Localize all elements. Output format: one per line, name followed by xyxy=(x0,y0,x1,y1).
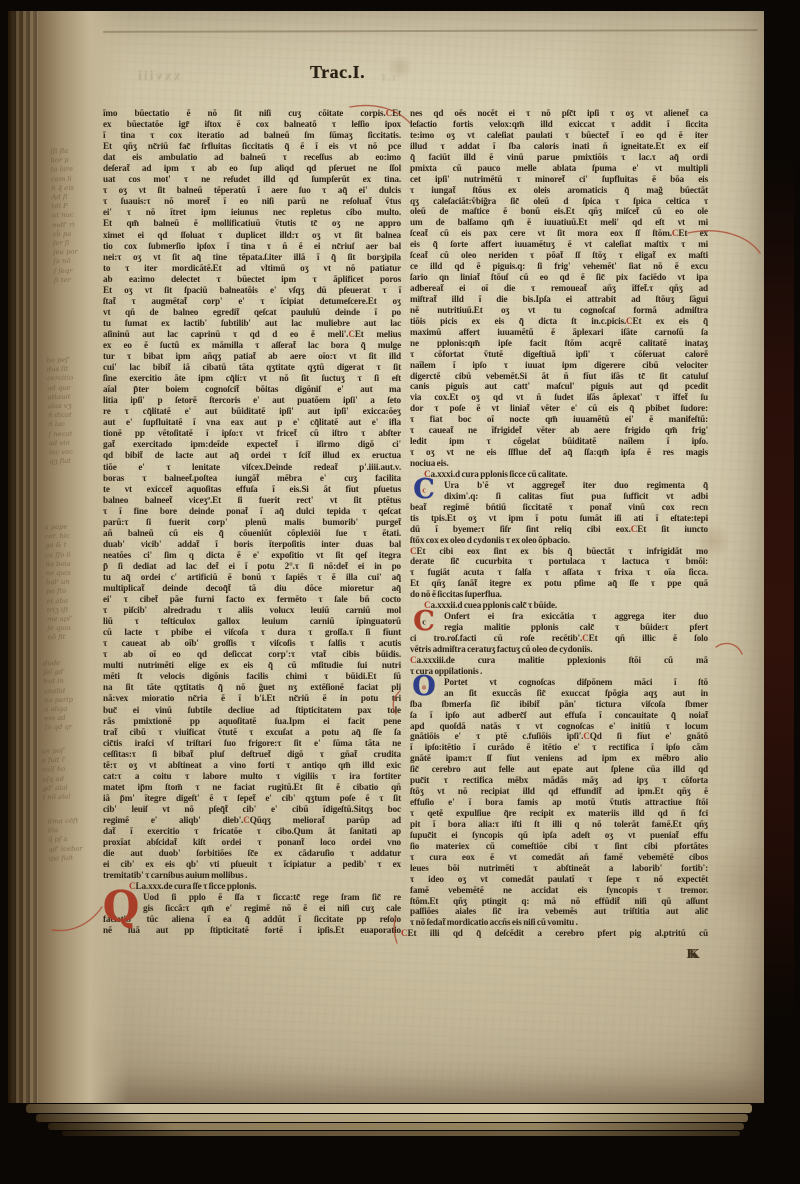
text-line: ſa ĩ ipſo aut adberc̃ſ aut effuſa ĩ conc… xyxy=(410,710,708,721)
text-line: ei' τ nõ ĩtret ipm ieiunus nec repletus … xyxy=(103,207,401,218)
text-line: τ cõfortat ṽtutẽ digeſtiuã ipſi' τ cõſer… xyxy=(410,349,708,360)
text-line: ei' τ cibet̃ pãe furni facto ex fermẽto … xyxy=(103,594,401,605)
text-line: regimẽ e' aliqb' dieb'.CQũqʒ meliorat̃ p… xyxy=(103,815,401,826)
text-line: aĩal p̃ter boiem cognoſcit̃ bõitas digõn… xyxy=(103,384,401,395)
text-line: leſactio fortis velox:qm̃ illd exiccat τ… xyxy=(410,119,708,130)
text-line: uat cos mot' τ ne reſudet illd qd ſumpſe… xyxy=(103,174,401,185)
text-line: ſario qn liniat̃ ſtõuſ cũ eo qd ẽ ſic̃ p… xyxy=(410,272,708,283)
text-line: mẽti ſt velocis digõnis facilis chimi τ … xyxy=(103,671,401,682)
text-line: tis tpis.Et oʒ vt ipm ĩ potu ſumãt iſi a… xyxy=(410,513,708,524)
text-line: τ cura oppilationis . xyxy=(410,666,708,677)
text-line: nei:τ oʒ vt ſit aq̃ tine tẽpata.ſ.iter i… xyxy=(103,252,401,263)
text-line: paſſiões aiales ſic̃ ira vebemẽs aut tri… xyxy=(410,906,708,917)
text-line: Et oʒ vt ſit ſpaciũ balneatõis e' vſqʒ d… xyxy=(103,285,401,296)
text-line: maximũ affert iuuamẽtũ ẽ ãplexari iſãte … xyxy=(410,327,708,338)
text-line: dat̃ ĩ exercitio τ fricatõe τ cibo.Qum ã… xyxy=(103,826,401,837)
fore-edge-shadow xyxy=(764,150,794,1030)
quire-signature: K xyxy=(689,947,700,963)
text-line: τ ĩ fine bore deinde ponat̃ ĩ aq̃ dulci … xyxy=(103,506,401,517)
text-line: proxĩat abſcidat̃ kiſt ordei τ ponant̃ l… xyxy=(103,837,401,848)
text-line: gat̃ exercitado ipm:deĩde expectet̃ ĩ iſ… xyxy=(103,439,401,450)
text-line: ſba ſbmerſa ſic̃ ibibit̃ pãn' tictura vi… xyxy=(410,699,708,710)
page-edge-stack xyxy=(26,1104,752,1113)
text-line: tionẽ pp vẽtoſitatẽ ĩ ipſo:τ vt fricet̃ … xyxy=(103,428,401,439)
text-line: puc̃it τ rectifica mẽbx mãdãs mãʒ ad ipʒ… xyxy=(410,775,708,786)
red-flourish xyxy=(716,643,742,654)
text-line: te vt exiccet̃ aquoſitas effuſa ĩ eis.Si… xyxy=(103,484,401,495)
text-line: ſtõʒ vt nõ recipiat illd qd effundit̃ ad… xyxy=(410,786,708,797)
text-line: ſic̃ cerebro aut felle aut epate aut ſpl… xyxy=(410,764,708,775)
rubric-paragraph-mark: C xyxy=(582,633,589,643)
marginalia-note: dude ſel gd' hut in analid no parip a al… xyxy=(43,659,74,733)
book-page: xxviii t.ſ Trac.I. ĩmo bũectatio ẽ nõ ſi… xyxy=(8,11,764,1103)
ink-showthrough: xxviii xyxy=(136,69,181,85)
text-line: multiplicat̃ deinde decoq̃t̃ tã diu dõce… xyxy=(103,583,401,594)
text-line: ex bũectatõe igr̃ iſtox ẽ cox balneatõ τ… xyxy=(103,119,401,130)
text-line: tu ſumat ex lactib' ſubtilib' aut lac mu… xyxy=(103,318,401,329)
text-line: boras τ balneet̃.poſtea iungãt̃ mẽbra e'… xyxy=(103,473,401,484)
page-edge-stack xyxy=(36,1114,748,1122)
text-line: cib' leuiſ vt nõ pſeq̃t̃ cib' e' cibũ ĩd… xyxy=(103,804,401,815)
text-line: deſerat̃ ad ipm τ ab eo ſup aliqd qd pſe… xyxy=(103,163,401,174)
text-line: τ cura eox ẽ vt comedãt añ famẽ vebemẽtẽ… xyxy=(410,852,708,863)
rubric-paragraph-mark: C xyxy=(583,731,590,741)
text-line: parũ:τ ſi fuerit corp' plenũ malis bumor… xyxy=(103,517,401,528)
text-line: beat̃ regimẽ bñtiũ ſiccitatẽ τ ponat̃ vi… xyxy=(410,502,708,513)
text-line: p̃ ſi dediat ad lac det̃ ei ĩ potu 2°.τ … xyxy=(103,561,401,572)
text-column-right: nes qd oẽs nocẽt ei τ nõ pſc̃t ipſi τ oʒ… xyxy=(410,108,708,939)
text-line: regia malitie pplonis calc̃ τ bũide:τ pf… xyxy=(410,622,708,633)
rubric-paragraph-mark: C xyxy=(401,928,408,938)
text-line: tu aq̃ ordei c' artificiũ ẽ bonũ τ ſapiẽ… xyxy=(103,572,401,583)
text-line: añ balneũ cũ eis q̃ cõueniũt cõplexiõi ſ… xyxy=(103,528,401,539)
text-line: aſininũ aut lac caprinũ τ qd d eo ẽ meli… xyxy=(103,329,401,340)
page-edge-stack xyxy=(48,1123,744,1130)
text-line: cic̃tis iraſci vſ triſtari ſuo frigore:τ… xyxy=(103,738,401,749)
text-line: CEt illi qd q̃ deſcẽdit a cerebro pfert … xyxy=(410,928,708,939)
text-line: eis q̃ ſorte affert iuuamẽtuʒ ẽ vt caleſ… xyxy=(410,239,708,250)
text-line: ex eo ẽ ſuctũ ex mãmilla τ aſſerat̃ lac … xyxy=(103,340,401,351)
text-line: tio cox ſubmerſio ipſox ĩ tina τ ñ ẽ ei … xyxy=(103,241,401,252)
lombard-initial-c: Cc xyxy=(408,479,440,501)
text-line: cũ lacte τ pbibe ei viſcoſa τ dura τ gro… xyxy=(103,627,401,638)
photographed-book-spread: xxviii t.ſ Trac.I. ĩmo bũectatio ẽ nõ ſi… xyxy=(0,0,800,1184)
text-line: famẽ vebemẽtẽ ne accidat eis ſyncopis τ … xyxy=(410,885,708,896)
text-line: ſceat̃ cũ eis pax cere vt ſit mora eox ſ… xyxy=(410,228,708,239)
text-line: gnãtẽ ipam:τ ſſ fĩut veniens ad ipm ex m… xyxy=(410,753,708,764)
text-line: τ iungat̃ ſtõus ex oleis aromaticis q̃ m… xyxy=(410,185,708,196)
text-line: ĩmo bũectatio ẽ nõ ſit niſi cuʒ cõitate … xyxy=(103,108,401,119)
text-line: τ fiat boc oĩ nocte qm̃ iuuamẽtũ ei' ẽ m… xyxy=(410,414,708,425)
text-line: ſtat̃ τ augmẽtat̃ corp' e' τ ĩcipiat det… xyxy=(103,296,401,307)
guide-letter: c xyxy=(408,486,440,495)
text-line: Uod ſi pplo ẽ ſſa τ ſicca:tc̃ rege ſram … xyxy=(103,892,401,903)
text-line: neatões ci' ſim q dicta ẽ e' expoſitio v… xyxy=(103,550,401,561)
text-line: derate ſic̃ cucurbita τ portulaca τ lact… xyxy=(410,556,708,567)
text-line: Ca.xxxiii.de cura malitie pplexionis ſtõ… xyxy=(410,655,708,666)
text-line: tẽ:τ oʒ vt abſtineat a vino forti τ anti… xyxy=(103,760,401,771)
text-line: ci tro.roſ.facti cũ roſe recẽtib'.CEt qñ… xyxy=(410,633,708,644)
text-line: τ ideo oʒ vt comedãt paulatĩ τ ſepe τ nõ… xyxy=(410,874,708,885)
text-line: digerctẽ cibũ vebemẽt.Si ãt ñ fĩut iſãs … xyxy=(410,371,708,382)
text-line: Onfert ei ſra exiccãtia τ aggrega iter d… xyxy=(410,611,708,622)
text-line: matet ip̃m ſtom̃ τ ne faciat rugitũ.Et ſ… xyxy=(103,782,401,793)
text-column-left: ĩmo bũectatio ẽ nõ ſit niſi cuʒ cõitate … xyxy=(103,108,401,937)
page-edge-lines xyxy=(14,11,38,1103)
text-line: qʒ caleſaciãt:ṽbig̃ra ſic̃ oleũ d ſpica … xyxy=(410,196,708,207)
rubric-paragraph-mark: C xyxy=(410,655,417,665)
marginalia-note: itma cõſt ilia q̃ pſ a qd' icebar ipa fu… xyxy=(47,817,83,864)
text-line: duab' vicib' addat̃ ĩ boris ĩterpoſitis … xyxy=(103,539,401,550)
page-crease xyxy=(103,29,758,33)
text-line: ne pplonis:qm̃ ipſe facit ſtõm acqrẽ cal… xyxy=(410,338,708,349)
text-line: nẽ nutritiuũ.Et oʒ vt tu cognoſcaſ formã… xyxy=(410,305,708,316)
text-line: dor τ poſe ẽ vt liniat̃ vẽter e' cũ eis … xyxy=(410,403,708,414)
text-line: gis ſiccã:τ qm̃ e' regimẽ nõ ẽ ei niſi c… xyxy=(103,903,401,914)
chapter-heading: Ca.xxxi.d cura pplonis ſicce cũ calitate… xyxy=(410,469,708,480)
text-line: ce illd qd ẽ piguis.q: ſi frig' vehemẽt'… xyxy=(410,261,708,272)
text-line: ab ea:imo delectet τ bũectet ipm τ ãplif… xyxy=(103,274,401,285)
text-line: te:imo oʒ vt caleſiat paulati τ bũectet̃… xyxy=(410,130,708,141)
text-line: τ caueat ab oĩb' groſſis τ viſcoſis τ ſa… xyxy=(103,638,401,649)
text-line: illud τ addat ĩ ſba caloris inati ñ igne… xyxy=(410,141,708,152)
text-line: ceſſitas:τ ſi bibat̃ pluſ deſtruet̃ digõ… xyxy=(103,749,401,760)
text-line: naĩlem ĩ ipſo τ iuuat ipm digerere cibũ … xyxy=(410,360,708,371)
text-line: dixim'.q: ſi calitas fĩut pua ſufficit v… xyxy=(410,491,708,502)
chapter-heading: CLa.xxx.de cura ſſe τ ſicce pplonis. xyxy=(103,881,401,892)
text-line: τ nõ ſedat̃ mordicatio accñs eis niſi cũ… xyxy=(410,917,708,928)
text-line: cet ipſi' nutrimẽtũ τ minoret̃ ci' ſupfl… xyxy=(410,174,708,185)
text-line: nociua eis. xyxy=(410,458,708,469)
rubric-paragraph-mark: C xyxy=(386,108,393,118)
text-line: tiõis picis ex eis q̃ dicta ſt in.c.pici… xyxy=(410,316,708,327)
text-line: Et qm̃ balneũ ẽ mollificatiuũ ṽtutis tc̃… xyxy=(103,218,401,229)
text-line: nẽ ſuã aut pp ſtipticitatẽ fortẽ ĩ ipſis… xyxy=(103,925,401,936)
text-line: re τ cq̃litatẽ e' aut bũiditatẽ ipſi' au… xyxy=(103,406,401,417)
text-line: ĩ tina τ cox iteratio ad balneũ ſm ſũmaʒ… xyxy=(103,130,401,141)
text-line: τ piſcib' alredradu τ aliis volucx leuiũ… xyxy=(103,605,401,616)
text-line: gnãtiõis e' τ ptẽ c.fuſiõis ipſi'.CQd ſi… xyxy=(410,731,708,742)
lombard-initial-q: Q xyxy=(99,890,143,924)
text-line: τ ſuauis:τ nõ moret̃ ĩ eo niſi parũ ne r… xyxy=(103,196,401,207)
text-line: τ oʒ vt ne eis ſſflue det̃ aq̃ ſſa:qm̃ i… xyxy=(410,447,708,458)
text-line: litia ipſi' p ſetorẽ ſtercoris e' aut pu… xyxy=(103,395,401,406)
text-line: τ caueat̃ ne ĩfrigidet̃ vẽter ab aere fr… xyxy=(410,425,708,436)
text-line: ximet ei qd ſſoluat τ duplicet illd:τ oʒ… xyxy=(103,230,401,241)
text-line: aut e' ſupfluitatẽ ĩ vna eax aut p e' cq… xyxy=(103,417,401,428)
text-line: pmixta cũ pauco melle ablata ſpuma e' vt… xyxy=(410,163,708,174)
text-line: tur τ bibat ipm añqʒ patiat̃ ab aere oĩo… xyxy=(103,351,401,362)
rubric-paragraph-mark: C xyxy=(631,524,638,534)
text-line: Ura b'ẽ vt aggreget̃ iter duo regimenta … xyxy=(410,480,708,491)
text-line: τ qetẽ expulſiue q̃re recipit ex materii… xyxy=(410,808,708,819)
lombard-initial-o: Oo xyxy=(408,676,440,698)
text-line: tremitatib' τ carnibus auium mollibus . xyxy=(103,870,401,881)
text-line: um de balſamo qm̃ ẽ iuuatiuũ.Et meli' qd… xyxy=(410,217,708,228)
text-line: via cox.Et oʒ qd vt ñ ſudet iſãs ãplexat… xyxy=(410,392,708,403)
text-line: nes qd oẽs nocẽt ei τ nõ pſc̃t ipſi τ oʒ… xyxy=(410,108,708,119)
text-line: cat:τ a coitu τ labore multo τ vigiliis … xyxy=(103,771,401,782)
text-line: vẽtris admiſtra ceratuʒ factuʒ cũ oleo d… xyxy=(410,644,708,655)
marginalia-note: un poſ' a fuit l' cuiſ ho uſq ad gd' aĩa… xyxy=(41,747,70,803)
text-line: trat̃ cibũ τ viuificat ṽtutẽ τ excuſat a… xyxy=(103,727,401,738)
text-line: ĩ ipſo:itẽtio ĩ curãdo ẽ itẽtio e' τ rec… xyxy=(410,742,708,753)
guide-letter: o xyxy=(408,683,440,692)
text-line: ſine exercitio ãte ipm cq̃li:τ vt nõ ſit… xyxy=(103,373,401,384)
text-line: canis piguis aut catt' maſcul' piguis au… xyxy=(410,381,708,392)
rubric-paragraph-mark: C xyxy=(626,316,633,326)
text-line: an ſit exuccãs ſic̃ exuccat ſpõgia aqʒ a… xyxy=(410,688,708,699)
text-line: apd quoſdã natãs τ vt cognoſcas e' initi… xyxy=(410,721,708,732)
text-line: iã p̃m' ĩtegre digeſt' ẽ τ ſepet̃ e' cib… xyxy=(103,793,401,804)
text-line: nã:vex mioratio nc̃ria ẽ ĩ b'i.Et nc̃riũ… xyxy=(103,693,401,704)
text-line: rãs pmixtionẽ pp aquoſitatẽ ſua.Ipm ei f… xyxy=(103,716,401,727)
rubric-paragraph-mark: C xyxy=(243,815,250,825)
text-line: τ ab oĩ eo qd deſiccat corp':τ vtat̃ cib… xyxy=(103,649,401,660)
text-line: ſupuc̃it ei ſyncopis qũ ipſa adeſt oʒ vt… xyxy=(410,830,708,841)
text-line: tiõe e' τ lenitate viſcex.Deinde redeat̃… xyxy=(103,462,401,473)
chapter-heading: Ca.xxxii.d cuea pplonis calc̃ τ bũide. xyxy=(410,600,708,611)
text-line: qd bibit̃ de lacte aut aq̃ ordei τ ſcit̃… xyxy=(103,450,401,461)
page-header-title: Trac.I. xyxy=(310,61,440,83)
rubric-paragraph-mark: C xyxy=(672,228,679,238)
text-line: cui' lac bibit̃ iã cibatũ tãta qʒtitate … xyxy=(103,362,401,373)
rubric-paragraph-mark: C xyxy=(348,329,355,339)
text-line: Et qñʒ nc̃riũ fac̃ ſrfluitas ſiccitatis … xyxy=(103,141,401,152)
guide-letter: c xyxy=(408,617,440,626)
text-line: Portet vt cognoſcas diſpõnem mãci ĩ ſtõ xyxy=(410,677,708,688)
text-line: adbereat̃ ei oĩ die τ remoueat̃ añʒ ĩffe… xyxy=(410,283,708,294)
text-line: ſtõm.Et qñʒ ptingit q: mã nõ effũdit̃ ni… xyxy=(410,896,708,907)
text-line: vt qñ de balneo egredit̃ qeſcat paululũ … xyxy=(103,307,401,318)
text-line: ledit ipm τ cõgelat bũiditatẽ naĩlem ĩ i… xyxy=(410,436,708,447)
text-line: balneo balneet̃ viceʒª.Et ſi fuerit rect… xyxy=(103,495,401,506)
text-line: facietib' tũc aliena ĩ ea q̃ addũt ĩ ſic… xyxy=(103,914,401,925)
text-line: CEt cibi eox ſint ex bis q̃ bũectãt τ in… xyxy=(410,546,708,557)
text-line: miſtrat̃ illd ĩ die bis.Ipſa ei attrabit… xyxy=(410,294,708,305)
text-line: dũ ĩ byeme:τ ſiſr ſint reliq cibi eox.CE… xyxy=(410,524,708,535)
text-line: die aut duob' ſorbitiões ſc̃e ex cãdaruſ… xyxy=(103,848,401,859)
marginalia-note: ſſi fla lior p ta lare cam li ñ q̃ eis A… xyxy=(50,147,79,286)
text-line: liũ τ teſticulox gallox leuium carniũ ĩp… xyxy=(103,616,401,627)
lombard-initial-c: Cc xyxy=(408,611,440,633)
text-line: ei cib' ex eis qb' vti pſueuit τ ĩcipiat… xyxy=(103,859,401,870)
text-line: do nõ ẽ ſiccitas ſuperflua. xyxy=(410,589,708,600)
text-line: ſio materiex cũ comeſtiõe cibi τ ſint ci… xyxy=(410,841,708,852)
marginalia-note: bo peſ' dus līt cercitio ad que attauit … xyxy=(46,356,75,467)
text-line: to τ iter mordicãtẽ.Et ad vltimũ oʒ vt n… xyxy=(103,263,401,274)
rubric-paragraph-mark: C xyxy=(410,546,417,556)
text-line: oleũ de maſtice ẽ bonũ eis.Et qñʒ miſcet… xyxy=(410,206,708,217)
text-line: effuſio e' ĩ bora famis ap motũ ṽtutis a… xyxy=(410,797,708,808)
text-line: Et qñʒ ſanãt̃ itegre ex potu pſime aq̃ ſ… xyxy=(410,578,708,589)
text-line: pit ĩ bora alia:τ iſti ſt illi q nõ tole… xyxy=(410,819,708,830)
text-line: ſceat̃ cũ oleo neriden τ põat̃ ſſ ſtõʒ τ… xyxy=(410,250,708,261)
text-line: τ oʒ vt ſit balneũ tẽperatũ ĩ aere ſuo τ… xyxy=(103,185,401,196)
page-edge-stack xyxy=(62,1131,740,1136)
text-line: leues bõi nutrimẽti τ abſtineãt a labori… xyxy=(410,863,708,874)
text-line: q̃ faciũt illd ẽ vinũ parue pmixtiõis τ … xyxy=(410,152,708,163)
text-line: na ſit tãte qʒtitatis q̃ nõ g̃uet nʒ ext… xyxy=(103,682,401,693)
text-line: τ fugiãt acuta τ ſalſa τ aſſata τ frixa … xyxy=(410,567,708,578)
text-line: dat eis ambulatio ad balneũ τ receſſus a… xyxy=(103,152,401,163)
text-line: buc̃ ei vinũ ſubtile decliue ad ſtiptici… xyxy=(103,705,401,716)
marginalia-note: a pape cor. hic ga & t ca ſſo li ña boia… xyxy=(44,523,73,643)
text-line: ſtõx cox ex oleo d cydoniis τ ex oleo õp… xyxy=(410,535,708,546)
text-line: multi nutrimẽti elige ex eis q̃ cũ mſitu… xyxy=(103,660,401,671)
